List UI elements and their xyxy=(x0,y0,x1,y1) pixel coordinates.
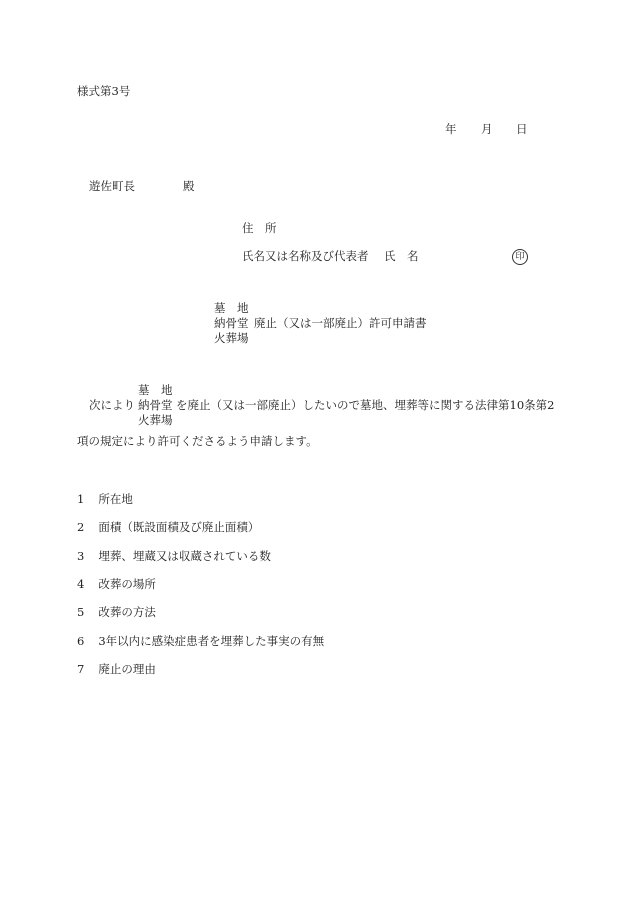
item-label: 面積（既設面積及び廃止面積） xyxy=(98,520,259,534)
body-prefix: 次により xyxy=(89,400,135,412)
item-number: 6 xyxy=(77,634,84,648)
item-label: 3年以内に感染症患者を埋葬した事実の有無 xyxy=(98,634,324,648)
list-item: 4改葬の場所 xyxy=(77,579,156,591)
body-option-ossuary: 納骨堂 xyxy=(138,400,173,412)
item-number: 3 xyxy=(77,549,84,563)
body-option-cemetery: 墓 地 xyxy=(138,385,173,397)
applicant-address-label: 住 所 xyxy=(242,223,277,235)
date-day-label: 日 xyxy=(516,124,528,136)
item-number: 5 xyxy=(77,605,84,619)
addressee-name: 遊佐町長 xyxy=(89,181,135,193)
title-option-cemetery: 墓 地 xyxy=(214,303,249,315)
date-year-label: 年 xyxy=(445,124,457,136)
list-item: 1所在地 xyxy=(77,494,133,506)
item-label: 廃止の理由 xyxy=(98,662,156,676)
date-month-label: 月 xyxy=(481,124,493,136)
item-number: 1 xyxy=(77,492,84,506)
seal-icon: 印 xyxy=(512,249,528,265)
body-line1-rest: を廃止（又は一部廃止）したいので墓地、埋葬等に関する法律第10条第2 xyxy=(176,400,554,412)
applicant-name-label: 氏 名 xyxy=(384,251,419,263)
list-item: 5改葬の方法 xyxy=(77,607,156,619)
list-item: 3埋葬、埋蔵又は収蔵されている数 xyxy=(77,551,271,563)
list-item: 2面積（既設面積及び廃止面積） xyxy=(77,522,259,534)
body-line2: 項の規定により許可くださるよう申請します。 xyxy=(77,436,318,448)
addressee-honorific: 殿 xyxy=(183,181,195,193)
item-number: 4 xyxy=(77,577,84,591)
title-option-crematorium: 火葬場 xyxy=(214,333,249,345)
item-number: 2 xyxy=(77,520,84,534)
title-option-ossuary: 納骨堂 xyxy=(214,318,249,330)
title-suffix: 廃止（又は一部廃止）許可申請書 xyxy=(254,318,427,330)
body-option-crematorium: 火葬場 xyxy=(138,415,173,427)
list-item: 7廃止の理由 xyxy=(77,664,156,676)
item-label: 所在地 xyxy=(98,492,133,506)
list-item: 63年以内に感染症患者を埋葬した事実の有無 xyxy=(77,636,324,648)
item-number: 7 xyxy=(77,662,84,676)
applicant-name-label-prefix: 氏名又は名称及び代表者 xyxy=(242,251,369,263)
item-label: 改葬の場所 xyxy=(98,577,156,591)
form-number: 様式第3号 xyxy=(77,86,130,98)
item-label: 埋葬、埋蔵又は収蔵されている数 xyxy=(98,549,271,563)
item-label: 改葬の方法 xyxy=(98,605,156,619)
